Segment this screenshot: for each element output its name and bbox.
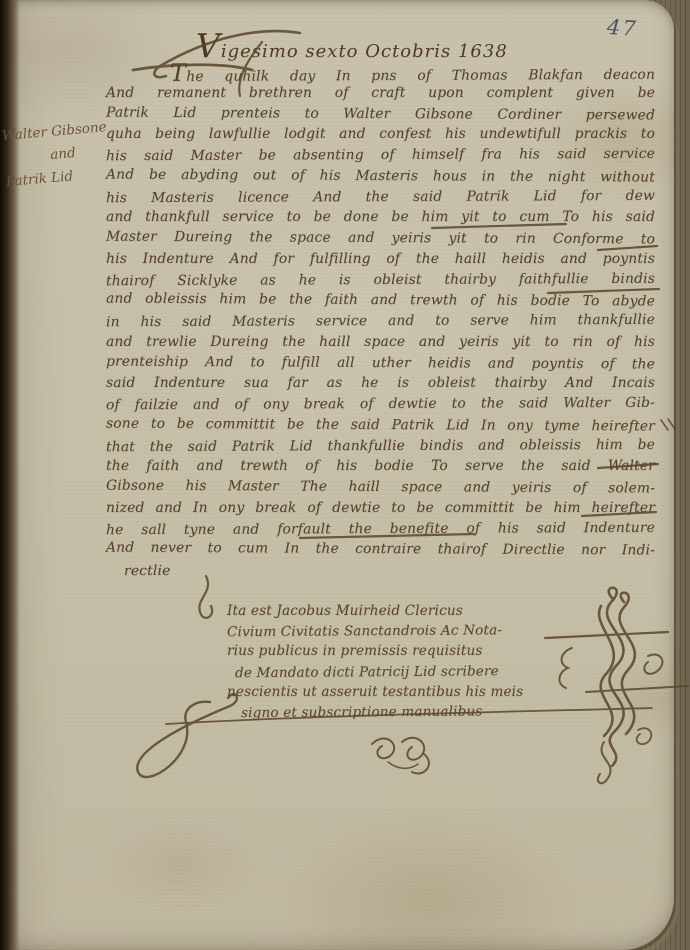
manuscript-line: said Indenture sua far as he is obleist … [106,373,655,394]
manuscript-line: And never to cum In the contraire thairo… [106,538,655,562]
manuscript-line: nized and In ony break of dewtie to be c… [106,498,655,519]
manuscript-line: And be abyding out of his Masteris hous … [106,164,655,188]
manuscript-line: his said Master be absenting of himself … [106,144,655,167]
manuscript-line: Gibsone his Master The haill space and y… [106,476,655,500]
manuscript-line: and trewlie Dureing the haill space and … [106,332,655,353]
manuscript-line: and obleissis him be the faith and trewt… [106,289,655,313]
manuscript-line: that the said Patrik Lid thankfullie bin… [106,434,655,457]
manuscript-line: quha being lawfullie lodgit and confest … [106,124,655,145]
manuscript-line: rectlie [106,559,655,582]
notarial-docquet: Ita est Jacobus Muirheid Clericus Civium… [227,601,567,722]
docquet-line: rius publicus in premissis requisitus [227,641,567,661]
docquet-line: signo et subscriptione manualibus [227,701,567,724]
manuscript-line: and thankfull service to be done be him … [106,207,655,228]
manuscript-line: the faith and trewth of his bodie To ser… [106,456,655,477]
manuscript-line: of failzie and of ony break of dewtie to… [106,393,655,416]
manuscript-line: sone to be committit be the said Patrik … [106,413,655,437]
manuscript-line: thairof Sicklyke as he is obleist thairb… [106,268,655,291]
manuscript-line: he sall tyne and forfault the benefite o… [106,517,655,540]
manuscript-line: The quhilk day In pns of Thomas Blakfan … [106,61,655,84]
docquet-line: de Mandato dicti Patricij Lid scribere [227,660,567,683]
heading-date: Vigesimo sexto Octobris 1638 [196,26,586,65]
book-spread: 47 Vigesimo sexto Octobris 1638 Walter G… [0,0,690,950]
manuscript-line: his Indenture And for fulfilling of the … [106,249,655,270]
manuscript-line: And remanent brethren of craft upon comp… [106,83,655,104]
docquet-line: Civium Civitatis Sanctandrois Ac Nota- [227,620,567,643]
folio-number: 47 [606,15,638,41]
docquet-line: nescientis ut asseruit testantibus his m… [227,682,567,702]
manuscript-line: Patrik Lid prenteis to Walter Gibsone Co… [106,102,655,126]
body-text-block: The quhilk day In pns of Thomas Blakfan … [106,62,655,581]
docquet-line: Ita est Jacobus Muirheid Clericus [227,601,567,621]
manuscript-line: prenteiship And to fulfill all uther hei… [106,351,655,375]
manuscript-line: Master Dureing the space and yeiris yit … [106,227,655,251]
manuscript-line: in his said Masteris service and to serv… [106,310,655,333]
manuscript-line: his Masteris licence And the said Patrik… [106,185,655,208]
